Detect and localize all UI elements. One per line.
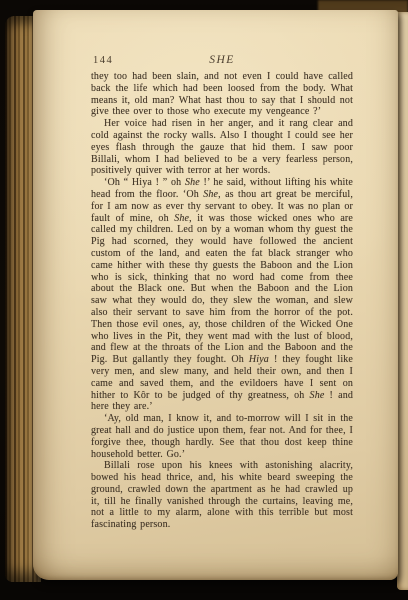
paragraph: ‘Oh “ Hiya ! ” oh She !’ he said, withou… [91, 177, 353, 413]
italic-text-run: She [185, 177, 200, 188]
book-photograph: 144 SHE they too had been slain, and not… [0, 0, 408, 600]
text-run: , it was those wicked ones who are calle… [91, 213, 353, 366]
adjacent-page-edge [397, 12, 408, 590]
paragraph: ‘Ay, old man, I know it, and to-morrow w… [91, 413, 353, 460]
running-title: SHE [91, 54, 353, 66]
text-run: Her voice had risen in her anger, and it… [91, 118, 353, 176]
text-run: Billali rose upon his knees with astonis… [91, 460, 353, 530]
paragraph: they too had been slain, and not even I … [91, 71, 353, 118]
page-header: 144 SHE [91, 54, 353, 68]
text-run: they too had been slain, and not even I … [91, 71, 353, 117]
book-page: 144 SHE they too had been slain, and not… [33, 10, 398, 580]
paragraph: Billali rose upon his knees with astonis… [91, 460, 353, 531]
italic-text-run: She [310, 390, 325, 401]
italic-text-run: She [203, 189, 218, 200]
italic-text-run: Hiya [249, 354, 269, 365]
text-run: ‘Ay, old man, I know it, and to-morrow w… [91, 413, 353, 459]
text-run: ‘Oh “ Hiya ! ” oh [104, 177, 185, 188]
italic-text-run: She [174, 213, 189, 224]
paragraph: Her voice had risen in her anger, and it… [91, 118, 353, 177]
page-text: they too had been slain, and not even I … [91, 71, 353, 531]
